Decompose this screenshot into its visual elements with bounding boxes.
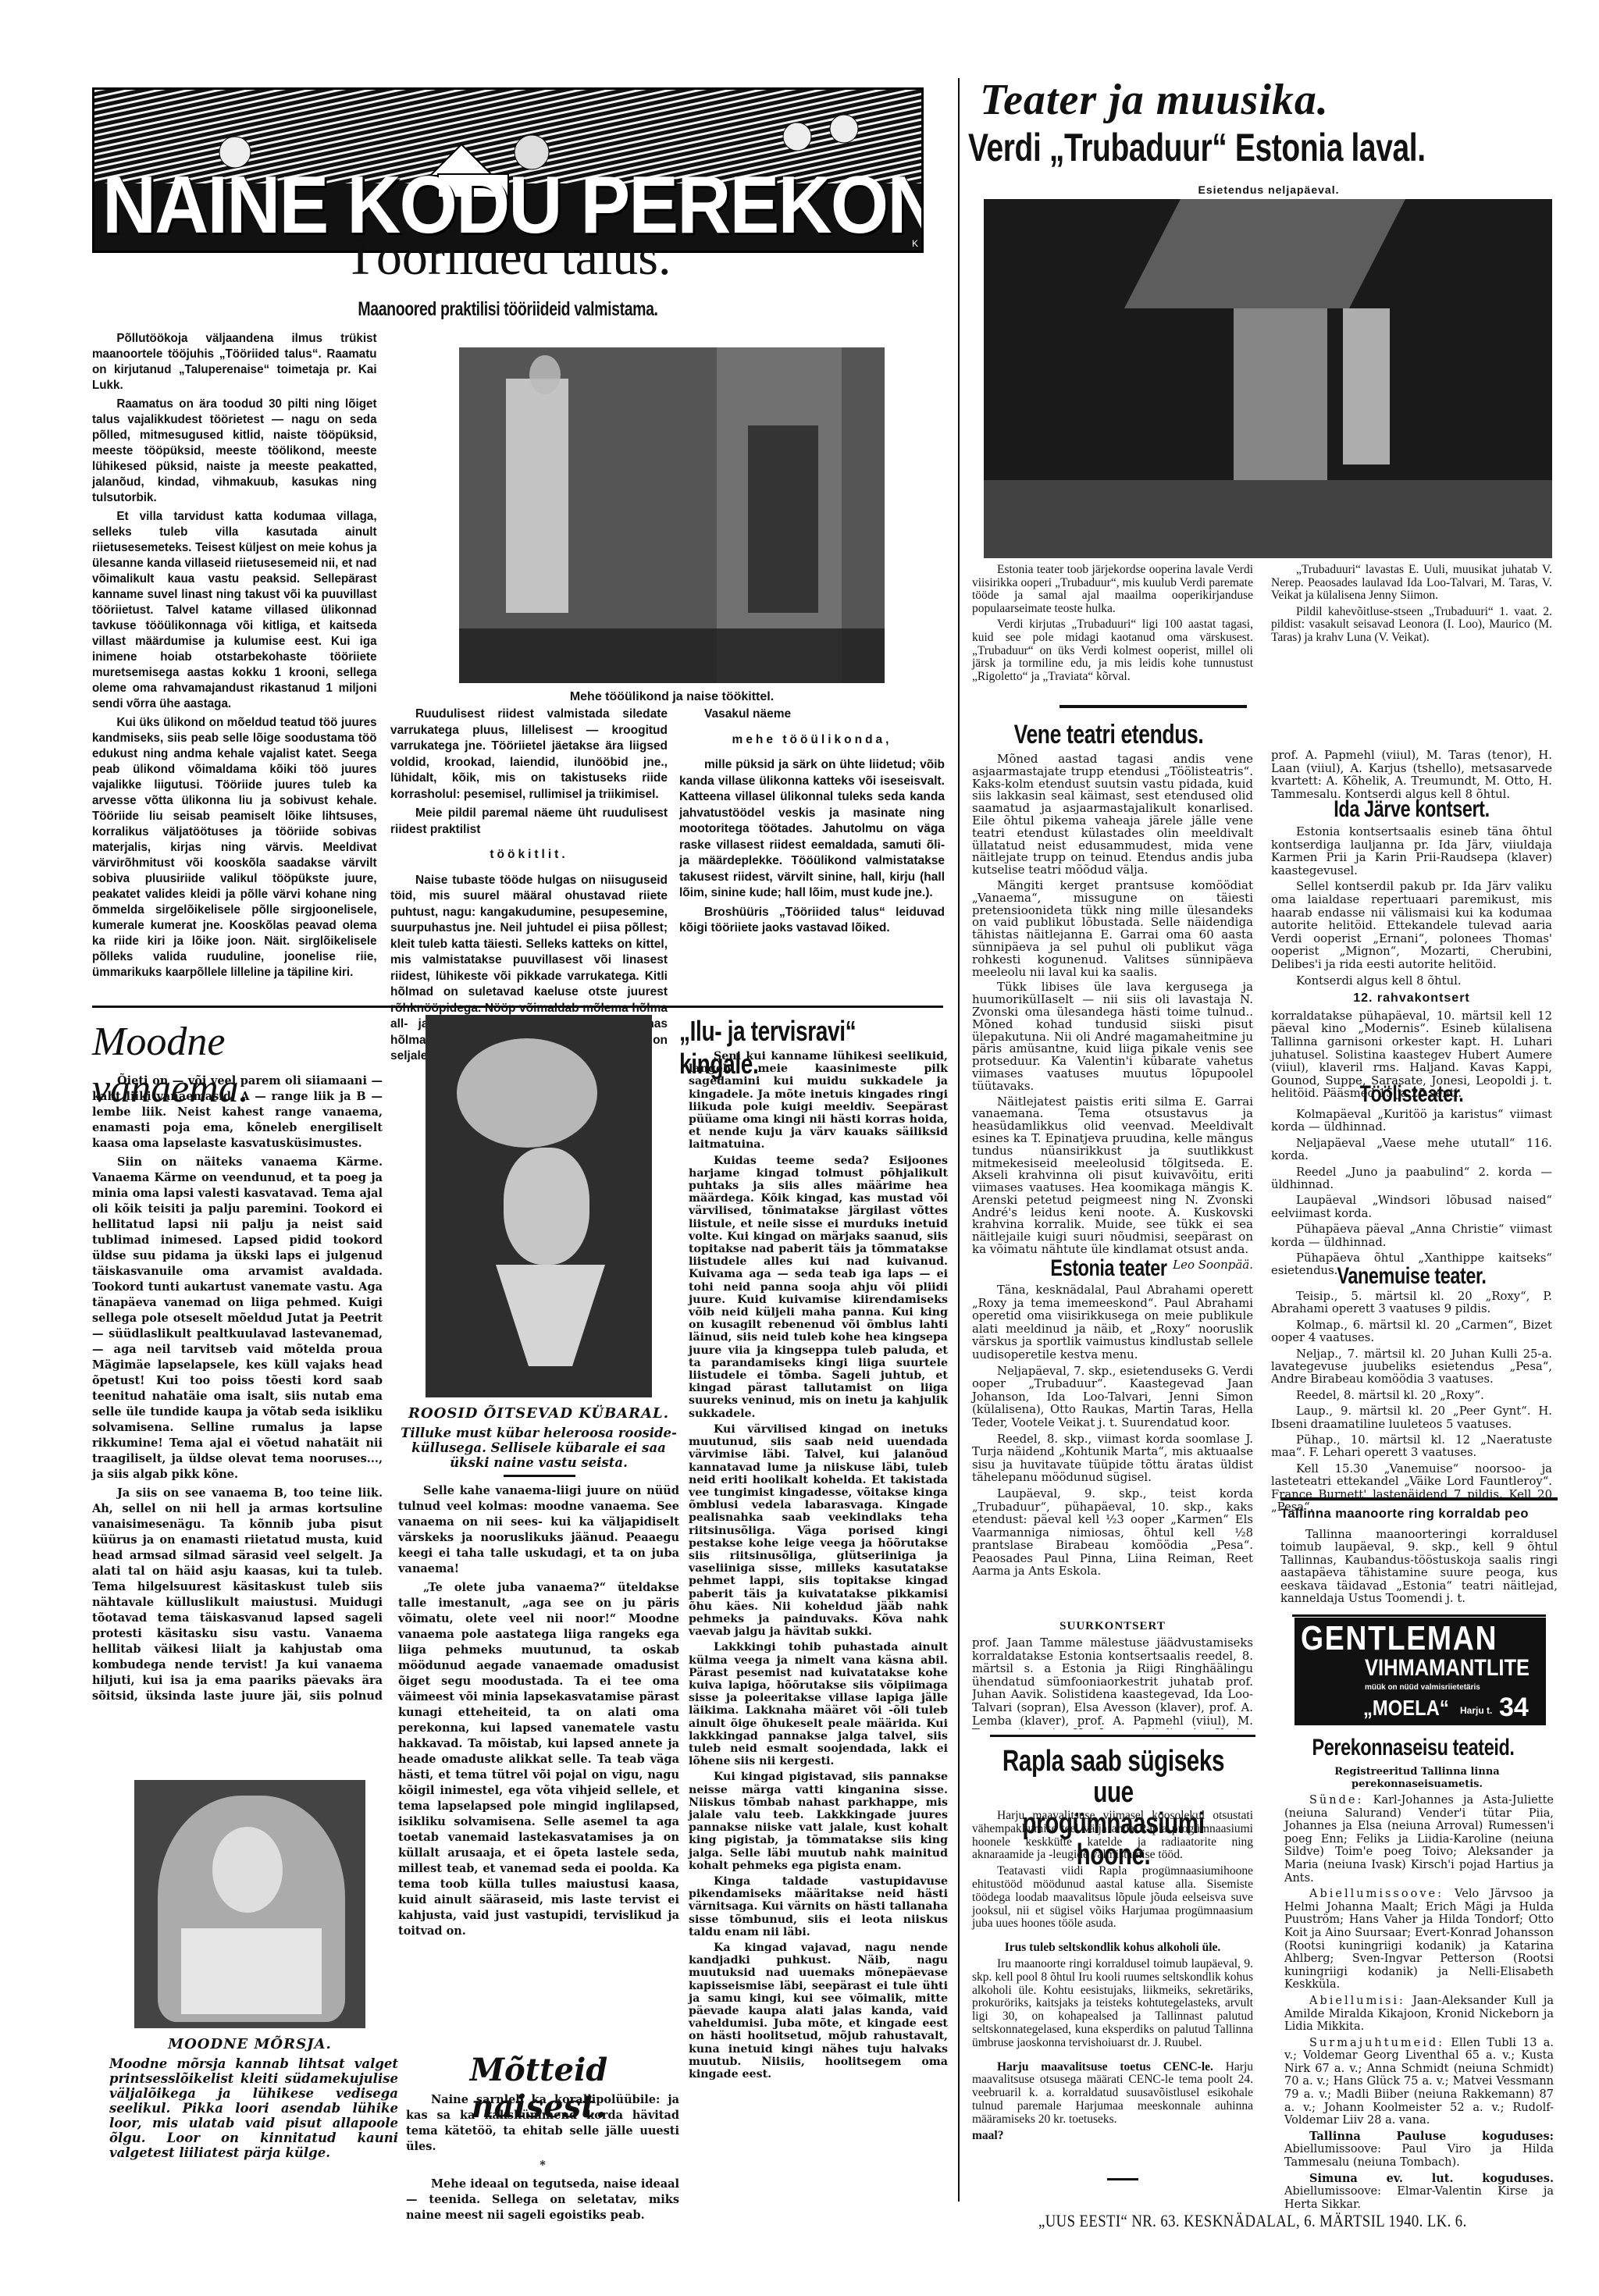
news-item: Harju maavalitsuse toetus CENC-le. Harju… [972,2061,1253,2127]
article-title: Tallinna maanoorte ring korraldab peo [1280,1507,1562,1522]
paragraph: Naine sarnleb ka korallipolüübile: ja ka… [406,2092,679,2155]
entry-label: Simuna ev. lut. koguduses. [1309,2172,1554,2185]
paragraph: prof. Jaan Tamme mälestuse jäädvustamise… [972,1637,1253,1729]
paragraph: Kui üks ülikond on mõeldud teatud töö ju… [92,715,377,981]
article-column: Estonia teater toob järjekordse ooperina… [972,564,1253,686]
paragraph: mille püksid ja särk on ühte liidetud; v… [679,757,945,902]
paragraph: Pildil kahevõitluse-stseen „Trubaduuri“ … [1271,606,1552,645]
paragraph: Tükk libises üle lava kergusega ja huumo… [972,981,1253,1092]
paragraph: Tallinna maanoorteringi korraldusel toim… [1280,1529,1558,1605]
paragraph: Mõned aastad tagasi andis vene asjaarmas… [972,753,1253,877]
article-column: Õieti on — või veel parem oli siiamaani … [92,1073,383,1707]
paragraph: Sellel kontserdil pakub pr. Ida Järv val… [1271,881,1552,971]
registry-entry: Tallinna Pauluse koguduses: Abiellumisso… [1284,2130,1554,2170]
section-divider [92,1006,943,1008]
photo-caption: Tilluke must kübar heleroosa rooside-kül… [400,1426,678,1470]
registry-entry: Simuna ev. lut. koguduses. Abiellumissoo… [1284,2173,1554,2212]
paragraph: Ka kingad vajavad, nagu nende kandjadki … [689,1942,948,2081]
section-divider [1292,1614,1546,1617]
gentleman-advert: GENTLEMAN VIHMAMANTLITE müük on nüüd val… [1295,1618,1546,1725]
article-column: Tallinna maanoorteringi korraldusel toim… [1280,1529,1558,1608]
paragraph: Seni kui kanname lühikesi seelikuid, lan… [689,1050,948,1152]
article-title: Tööriided talus. [92,226,924,289]
article-subtitle: Maanoored praktilisi tööriideid valmista… [183,298,832,321]
entry-text: Abiellumissoove: Elmar-Valentin Kirse ja… [1284,2185,1554,2211]
paragraph: Reedel, 8. skp., viimast korda soomlase … [972,1433,1253,1485]
article-title: 12. rahvakontsert [1271,992,1552,1006]
paragraph: Laupäeval „Windsori lõbusad naised“ eelv… [1271,1194,1552,1220]
entry-text: Velo Järvsoo ja Helmi Johanna Maalt; Eri… [1284,1888,1554,1991]
article-title: Vene teatri etendus. [999,720,1219,750]
section-divider [1280,1497,1558,1500]
paragraph: Reedel „Juno ja paabulind“ 2. korda — ül… [1271,1166,1552,1192]
workwear-photo [459,347,885,683]
paragraph: Kolmapäeval „Kuritöö ja karistus“ viimas… [1271,1109,1552,1134]
paragraph: Harju maavalitsuse viimasel koosolekul o… [972,1810,1253,1862]
entry-text: Karl-Johannes ja Asta-Juliette (neiuna S… [1284,1794,1554,1885]
paragraph: Näitlejatest paistis eriti silma E. Garr… [972,1096,1253,1256]
article-column: Ruudulisest riidest valmistada siledate … [390,707,668,1068]
paragraph: Pühap., 10. märtsil kl. 12 „Naeratuste m… [1271,1434,1552,1460]
article-column: Harju maavalitsuse viimasel koosolekul o… [972,1810,1253,2145]
article-column: Teisip., 5. märtsil kl. 20 „Roxy“, P. Ab… [1271,1290,1552,1518]
article-column: Vasakul näeme mehe tööülikonda, mille pü… [679,707,945,940]
paragraph: Kui kingad pigistavad, siis pannakse nei… [689,1771,948,1872]
registry-entry: Abiellumissoove: Velo Järvsoo ja Helmi J… [1284,1888,1554,1992]
article-title: Perekonnaseisu teateid. [1304,1735,1523,1761]
paragraph: Kontserdi algus kell 8 õhtul. [1271,975,1552,988]
page-footer-imprint: „UUS EESTI“ NR. 63. KESKNÄDALAL, 6. MÄRT… [1038,2211,1490,2231]
registry-entry: Abiellumisi: Jaan-Aleksander Kull ja Ami… [1284,1995,1554,2034]
paragraph: Estonia teater toob järjekordse ooperina… [972,564,1253,615]
registry-entry: Sünde: Karl-Johannes ja Asta-Juliette (n… [1284,1794,1554,1885]
paragraph: Kinga taldade vastupidavuse pikendamisek… [689,1875,948,1938]
trailing-text: maal? [972,2130,1253,2143]
paragraph: Selle kahe vanaema-liigi juure on nüüd t… [398,1483,679,1577]
paragraph: „Trubaduuri“ lavastas E. Uuli, muusikat … [1271,564,1552,603]
paragraph: Broshüüris „Tööriided talus“ leiduvad kõ… [679,905,945,937]
paragraph: Neljap., 7. märtsil kl. 20 Juhan Kulli 2… [1271,1348,1552,1386]
bride-photo [134,1780,365,2028]
paragraph: Meie pildil paremal näeme üht ruudulises… [390,806,668,838]
section-divider [1059,705,1247,708]
entry-label: Abiellumisi: [1309,1995,1405,2007]
paragraph: Siin on näiteks vanaema Kärme. Vanaema K… [92,1155,383,1483]
entry-label: Tallinna Pauluse koguduses: [1309,2130,1554,2143]
paragraph: Teatavasti viidi Rapla progümnaasiumihoo… [972,1865,1253,1931]
paragraph: Põllutöökoja väljaandena ilmus trükist m… [92,331,377,393]
photo-title: ROOSID ÕITSEVAD KÜBARAL. [398,1405,679,1422]
lead-subtitle: Esietendus neljapäeval. [1093,183,1444,196]
opera-stage-photo [984,199,1552,558]
continued-paragraph: prof. A. Papmehl (viiul), M. Taras (teno… [1271,749,1552,801]
article-title: Töölisteater. [1302,1081,1522,1108]
paragraph: Pühapäeva päeval „Anna Christie“ viimast… [1271,1223,1552,1249]
paragraph: Õieti on — või veel parem oli siiamaani … [92,1073,383,1152]
registry-entry: Surmajuhtumeid: Ellen Tubli 13 a. v.; Vo… [1284,2037,1554,2127]
paragraph: „Te olete juba vanaema?“ üteldakse talle… [398,1580,679,1939]
article-title: Estonia teater [999,1255,1219,1282]
advert-product: VIHMAMANTLITE [1365,1655,1530,1682]
column-divider [958,78,960,2202]
article-title: SUURKONTSERT [972,1620,1253,1633]
spaced-heading: töökitlit. [390,847,668,863]
photo-caption: Moodne mõrsja kannab lihtsat valget prin… [109,2056,398,2160]
paragraph: Neljapäeval, 7. skp., esietenduseks G. V… [972,1365,1253,1430]
entry-label: Abiellumissoove: [1309,1888,1444,1900]
paragraph: Lakkkingi tohib puhastada ainult külma v… [689,1641,948,1767]
article-column: Estonia kontsertsaalis esineb täna õhtul… [1271,826,1552,1104]
advert-address-number: 34 [1499,1693,1529,1723]
article-column: „Trubaduuri“ lavastas E. Uuli, muusikat … [1271,564,1552,648]
article-column: Sünde: Karl-Johannes ja Asta-Juliette (n… [1284,1794,1554,2214]
caption-divider [504,1475,575,1477]
article-column: Selle kahe vanaema-liigi juure on nüüd t… [398,1483,679,1942]
article-column: prof. Jaan Tamme mälestuse jäädvustamise… [972,1637,1253,1729]
paragraph: Neljapäeval „Vaese mehe ututall“ 116. ko… [1271,1137,1552,1163]
paragraph: Ruudulisest riidest valmistada siledate … [390,707,668,803]
entry-label: Surmajuhtumeid: [1309,2037,1444,2049]
advert-address-label: Harju t. [1460,1705,1492,1716]
paragraph: Kuidas teeme seda? Esijoones harjame kin… [689,1155,948,1420]
paragraph: Ja siis on see vanaema B, too teine liik… [92,1486,383,1704]
paragraph: Estonia kontsertsaalis esineb täna õhtul… [1271,826,1552,877]
article-title: Ida Järve kontsert. [1302,796,1522,823]
paragraph: Vasakul näeme [679,707,945,723]
paragraph: Mängiti kerget prantsuse komöödiat „Vana… [972,880,1253,978]
section-title: Teater ja muusika. [980,75,1526,125]
spaced-heading: mehe tööülikonda, [679,732,945,749]
paragraph: Teisip., 5. märtsil kl. 20 „Roxy“, P. Ab… [1271,1290,1552,1316]
paragraph: Täna, kesknädalal, Paul Abrahami operett… [972,1284,1253,1362]
photo-title: MOODNE MÕRSJA. [101,2036,398,2052]
paragraph: Kui värvilised kingad on inetuks muutunu… [689,1423,948,1638]
hat-photo [426,1015,652,1397]
paragraph: Mehe ideaal on tegutseda, naise ideaal —… [406,2177,679,2223]
entry-label: Sünde: [1309,1794,1363,1807]
section-divider [1107,2178,1138,2180]
paragraph: Verdi kirjutas „Trubaduuri“ ligi 100 aas… [972,618,1253,683]
asterisk-separator: * [406,2158,679,2173]
article-column: Täna, kesknädalal, Paul Abrahami operett… [972,1284,1253,1582]
paragraph: Reedel, 8. märtsil kl. 20 „Roxy“. [1271,1390,1552,1402]
advert-store: „MOELA“ [1363,1696,1449,1721]
advert-brand: GENTLEMAN [1301,1619,1498,1658]
article-column: Mõned aastad tagasi andis vene asjaarmas… [972,753,1253,1275]
paragraph: Laup., 9. märtsil kl. 20 „Peer Gynt“. H.… [1271,1405,1552,1431]
article-title: Vanemuise teater. [1302,1263,1522,1290]
entry-text: Abiellumissoove: Paul Viro ja Hilda Tamm… [1284,2143,1554,2169]
article-subtitle: Registreeritud Tallinna linna perekonnas… [1292,1766,1542,1791]
section-divider [990,1735,1255,1737]
entry-text: Ellen Tubli 13 a. v.; Voldemar Georg Liv… [1284,2037,1554,2127]
photo-caption: Mehe tööülikond ja naise töökittel. [459,690,885,704]
news-heading: Irus tuleb seltskondlik kohus alkoholi ü… [972,1942,1253,1955]
paragraph: Iru maanoorte ringi korraldusel toimub l… [972,1958,1253,2050]
article-column: Naine sarnleb ka korallipolüübile: ja ka… [406,2092,679,2227]
article-column: Kolmapäeval „Kuritöö ja karistus“ viimas… [1271,1109,1552,1281]
article-column: Põllutöökoja väljaandena ilmus trükist m… [92,331,377,984]
paragraph: Raamatus on ära toodud 30 pilti ning lõi… [92,397,377,506]
article-column: Seni kui kanname lühikesi seelikuid, lan… [689,1050,948,2084]
news-heading: Harju maavalitsuse toetus CENC-le. [997,2060,1213,2074]
lead-title: Verdi „Trubaduur“ Estonia laval. [968,125,1443,170]
paragraph: Laupäeval, 9. skp., teist korda „Trubadu… [972,1488,1253,1579]
paragraph: Kolmap., 6. märtsil kl. 20 „Carmen“, Biz… [1271,1319,1552,1345]
paragraph: Et villa tarvidust katta kodumaa villaga… [92,509,377,712]
advert-tagline: müük on nüüd valmisriietetäris [1365,1683,1480,1692]
